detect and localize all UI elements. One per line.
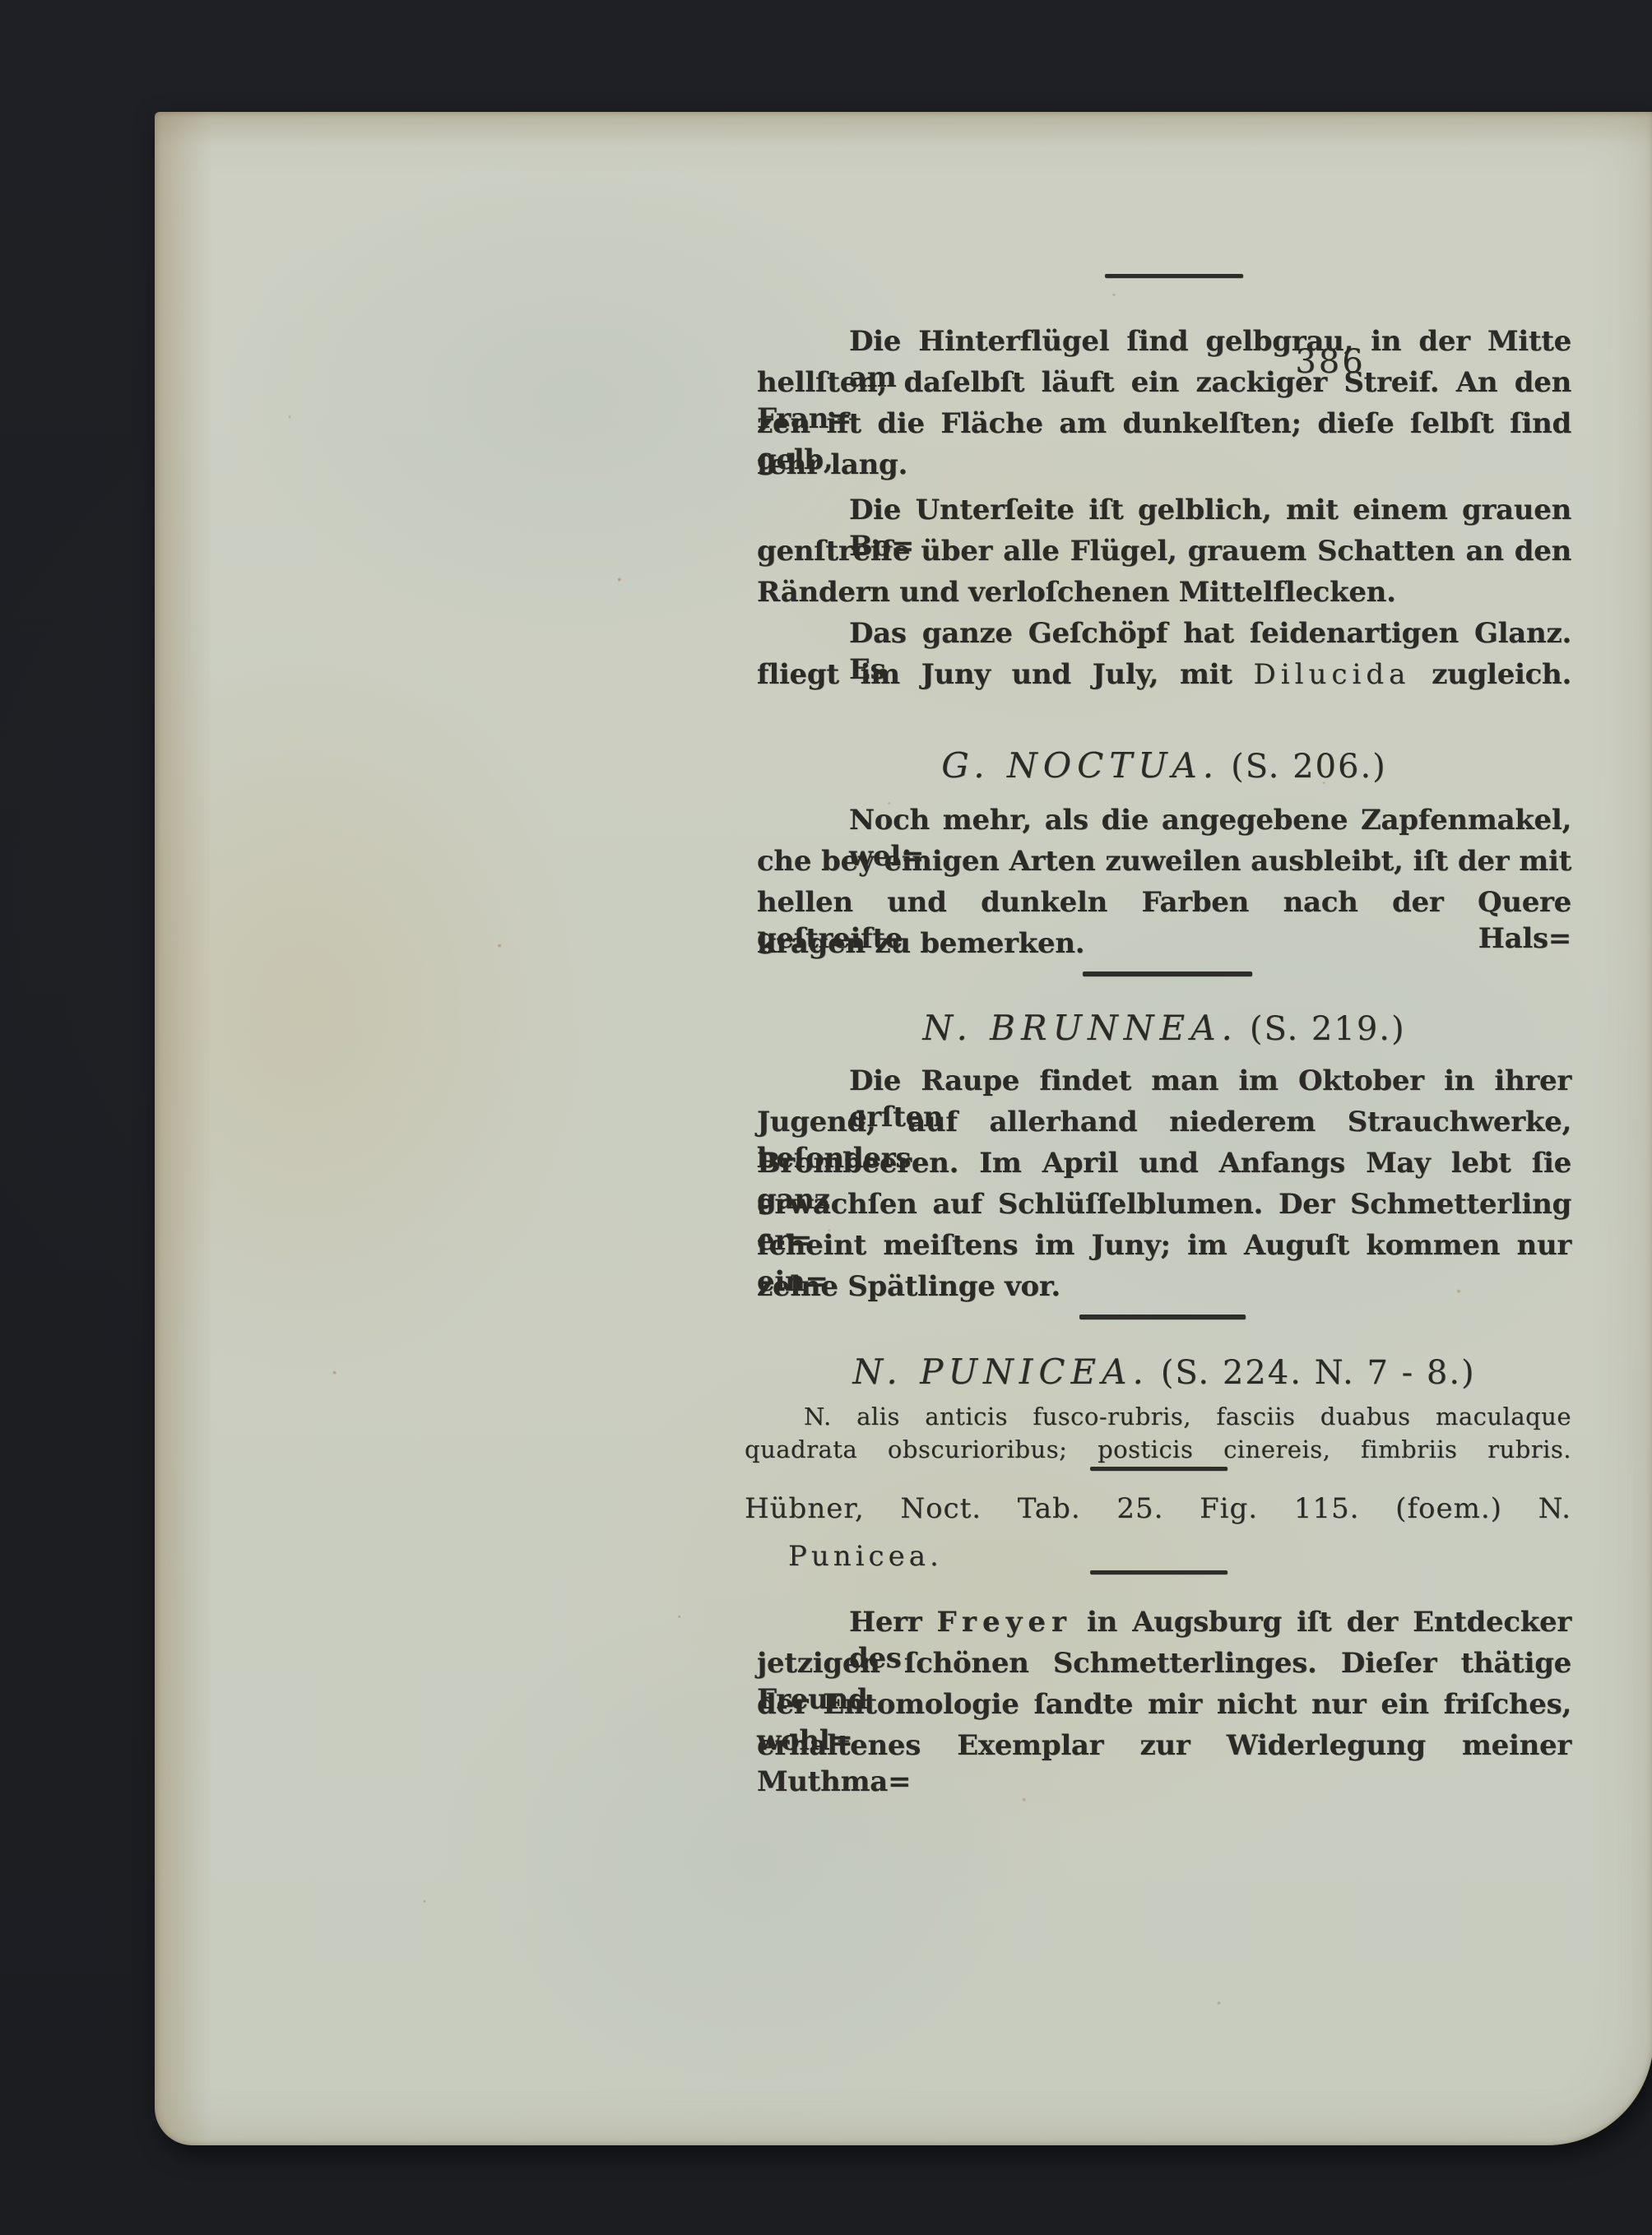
- body-line-segment: Herr: [849, 1606, 937, 1639]
- page-number-underline: [1105, 274, 1243, 278]
- heading-genus: G. NOCTUA.: [941, 745, 1219, 786]
- heading-page-ref: (S. 219.): [1250, 1010, 1406, 1048]
- body-line: kragen zu bemerken.: [757, 925, 1571, 962]
- person-name-freyer: Freyer: [937, 1606, 1072, 1639]
- section-heading-punicea: N. PUNICEA.(S. 224. N. 7 - 8.): [757, 1351, 1571, 1394]
- reference-citation-line: Punicea.: [788, 1538, 1570, 1574]
- species-name-dilucida: Dilucida: [1254, 658, 1411, 691]
- heading-species: N. BRUNNEA.: [922, 1008, 1238, 1048]
- section-divider-rule: [1083, 971, 1252, 976]
- heading-page-ref: (S. 224. N. 7 - 8.): [1161, 1354, 1476, 1392]
- latin-diagnosis-line: N. alis anticis fusco-rubris, fasciis du…: [745, 1400, 1571, 1433]
- section-divider-rule: [1090, 1467, 1227, 1471]
- scan-background: 386 Die Hinterflügel ſind gelbgrau, in d…: [0, 0, 1652, 2235]
- heading-page-ref: (S. 206.): [1231, 748, 1387, 786]
- book-page: 386 Die Hinterflügel ſind gelbgrau, in d…: [155, 112, 1652, 2145]
- latin-diagnosis-line: quadrata obscurioribus; posticis cinerei…: [745, 1433, 1571, 1466]
- body-line: che bey einigen Arten zuweilen ausbleibt…: [757, 843, 1571, 879]
- body-line: zelne Spätlinge vor.: [757, 1268, 1571, 1305]
- body-line: erhaltenes Exemplar zur Widerlegung mein…: [757, 1727, 1571, 1800]
- heading-species: N. PUNICEA.: [852, 1352, 1149, 1392]
- body-line: genſtreife über alle Flügel, grauem Scha…: [757, 533, 1571, 569]
- body-line: Rändern und verloſchenen Mittelflecken.: [757, 574, 1571, 610]
- section-divider-rule: [1090, 1570, 1227, 1574]
- section-divider-rule: [1079, 1315, 1246, 1319]
- body-line-segment: fliegt im Juny und July, mit: [757, 658, 1254, 691]
- reference-citation-line: Hübner, Noct. Tab. 25. Fig. 115. (foem.)…: [745, 1491, 1571, 1527]
- body-line: ſehr lang.: [757, 447, 1571, 483]
- body-line: fliegt im Juny und July, mit Dilucida zu…: [757, 656, 1571, 693]
- section-heading-brunnea: N. BRUNNEA.(S. 219.): [757, 1007, 1571, 1050]
- section-heading-noctua: G. NOCTUA.(S. 206.): [757, 744, 1571, 788]
- body-line-segment: zugleich.: [1410, 658, 1571, 691]
